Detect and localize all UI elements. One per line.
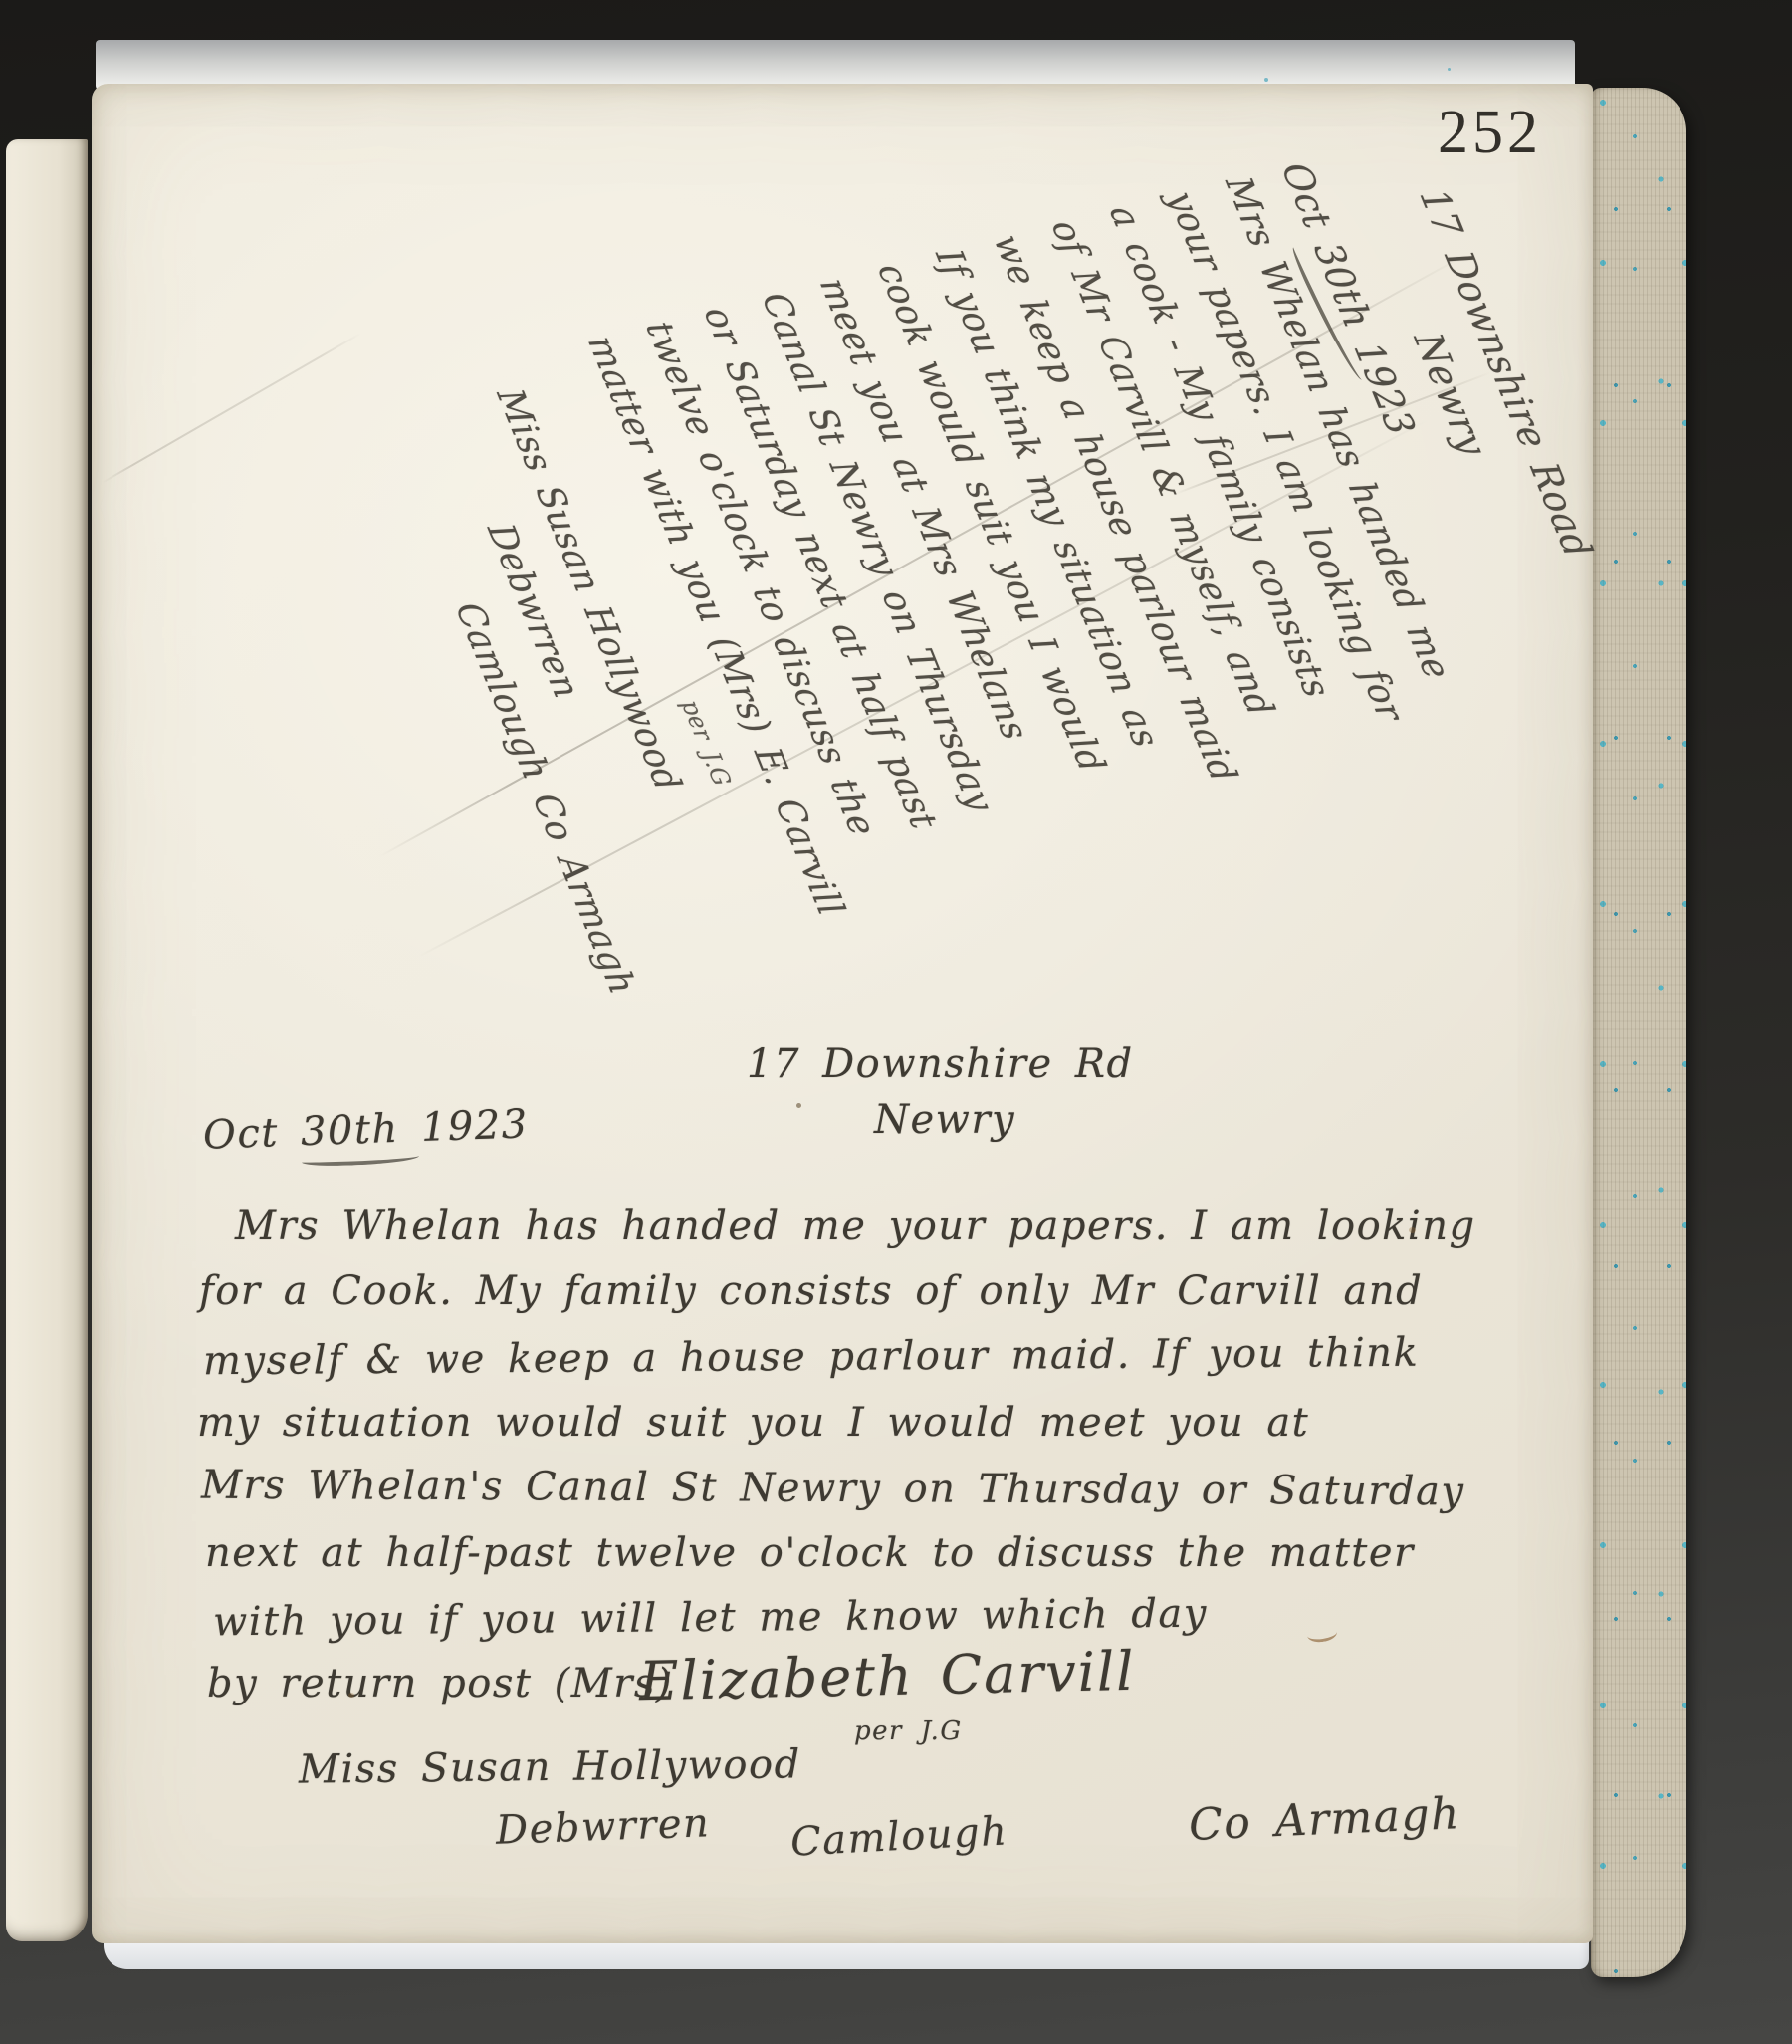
letter-body-line: next at half-past twelve o'clock to disc… xyxy=(205,1530,1415,1576)
letter-per-procuration-note: per J.G xyxy=(854,1716,963,1746)
letter-date: Oct 30th 1923 xyxy=(202,1101,529,1158)
paper-crease-line xyxy=(102,333,361,484)
book-fore-edge-stack xyxy=(1591,88,1686,1977)
page-number: 252 xyxy=(1438,98,1542,168)
letter-body-line: with you if you will let me know which d… xyxy=(213,1591,1208,1646)
rotated-press-copy-text: 17 Downshire Road Newry Oct 30th 1923 Mr… xyxy=(351,127,1752,1174)
letter-address-line-2: Newry xyxy=(874,1097,1015,1143)
letter-address-line-1: 17 Downshire Rd xyxy=(747,1041,1134,1087)
underpage-top-edge xyxy=(96,40,1575,90)
stray-pen-mark xyxy=(1306,1624,1338,1644)
letter-body-line: myself & we keep a house parlour maid. I… xyxy=(203,1330,1420,1385)
edge-speckle xyxy=(1264,78,1268,82)
letter-addressee-townland: Debwrren xyxy=(495,1800,711,1853)
letter-addressee-village: Camlough xyxy=(789,1808,1008,1865)
letter-signature: Elizabeth Carvill xyxy=(638,1640,1136,1712)
letter-body-line: Mrs Whelan has handed me your papers. I … xyxy=(235,1203,1476,1249)
letterbook-page: 252 17 Downshire Road Newry Oct 30th 192… xyxy=(92,84,1593,1943)
edge-speckle xyxy=(1448,68,1451,71)
letter-addressee-name: Miss Susan Hollywood xyxy=(299,1741,801,1792)
letter-body-line: for a Cook. My family consists of only M… xyxy=(199,1268,1423,1314)
letter-body-line: Mrs Whelan's Canal St Newry on Thursday … xyxy=(201,1463,1465,1515)
underpage-bottom-edge xyxy=(104,1939,1589,1969)
letter-closing-prefix: by return post (Mrs) xyxy=(207,1661,673,1706)
photograph-background: 252 17 Downshire Road Newry Oct 30th 192… xyxy=(0,0,1792,2044)
previous-page-fore-edge xyxy=(6,139,88,1941)
letter-body-line: my situation would suit you I would meet… xyxy=(197,1400,1309,1446)
letter-addressee-county: Co Armagh xyxy=(1188,1788,1461,1851)
